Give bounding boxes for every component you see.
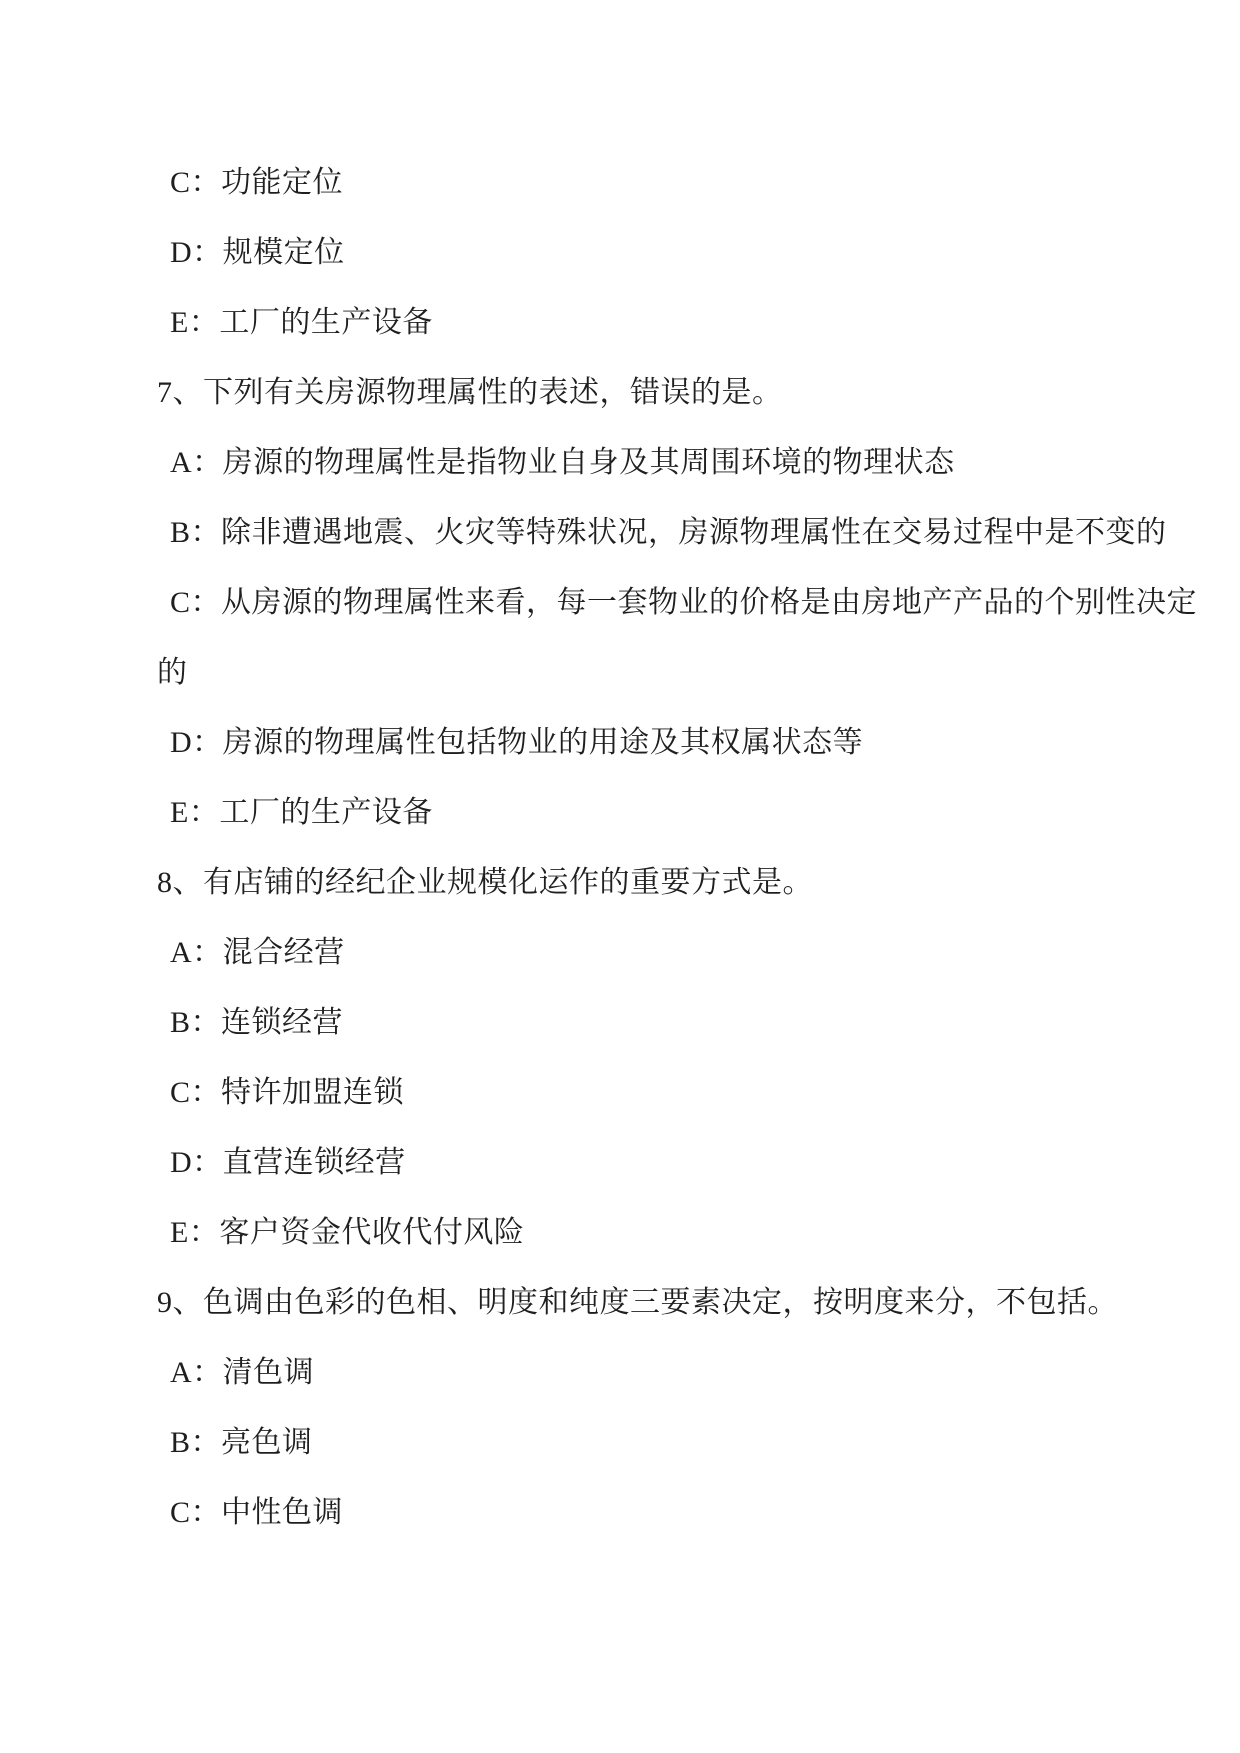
option-line: C：特许加盟连锁 [157, 1075, 1140, 1111]
option-line: C：功能定位 [157, 165, 1140, 201]
question-line: 7、下列有关房源物理属性的表述，错误的是。 [157, 375, 1140, 411]
option-line: D：直营连锁经营 [157, 1145, 1140, 1181]
option-line: A：房源的物理属性是指物业自身及其周围环境的物理状态 [157, 445, 1140, 481]
option-line: C：从房源的物理属性来看，每一套物业的价格是由房地产产品的个别性决定 [157, 585, 1140, 621]
document-body: C：功能定位 D：规模定位 E：工厂的生产设备 7、下列有关房源物理属性的表述，… [157, 165, 1140, 1565]
option-line: B：除非遭遇地震、火灾等特殊状况，房源物理属性在交易过程中是不变的 [157, 515, 1140, 551]
question-line: 9、色调由色彩的色相、明度和纯度三要素决定，按明度来分，不包括。 [157, 1285, 1140, 1321]
option-line: A：清色调 [157, 1355, 1140, 1391]
document-page: C：功能定位 D：规模定位 E：工厂的生产设备 7、下列有关房源物理属性的表述，… [0, 0, 1240, 1753]
option-line: E：工厂的生产设备 [157, 305, 1140, 341]
option-line: D：房源的物理属性包括物业的用途及其权属状态等 [157, 725, 1140, 761]
option-line: D：规模定位 [157, 235, 1140, 271]
question-line: 8、有店铺的经纪企业规模化运作的重要方式是。 [157, 865, 1140, 901]
option-line: E：工厂的生产设备 [157, 795, 1140, 831]
continuation-line: 的 [157, 655, 1140, 691]
option-line: E：客户资金代收代付风险 [157, 1215, 1140, 1251]
option-line: B：连锁经营 [157, 1005, 1140, 1041]
option-line: B：亮色调 [157, 1425, 1140, 1461]
option-line: A：混合经营 [157, 935, 1140, 971]
option-line: C：中性色调 [157, 1495, 1140, 1531]
